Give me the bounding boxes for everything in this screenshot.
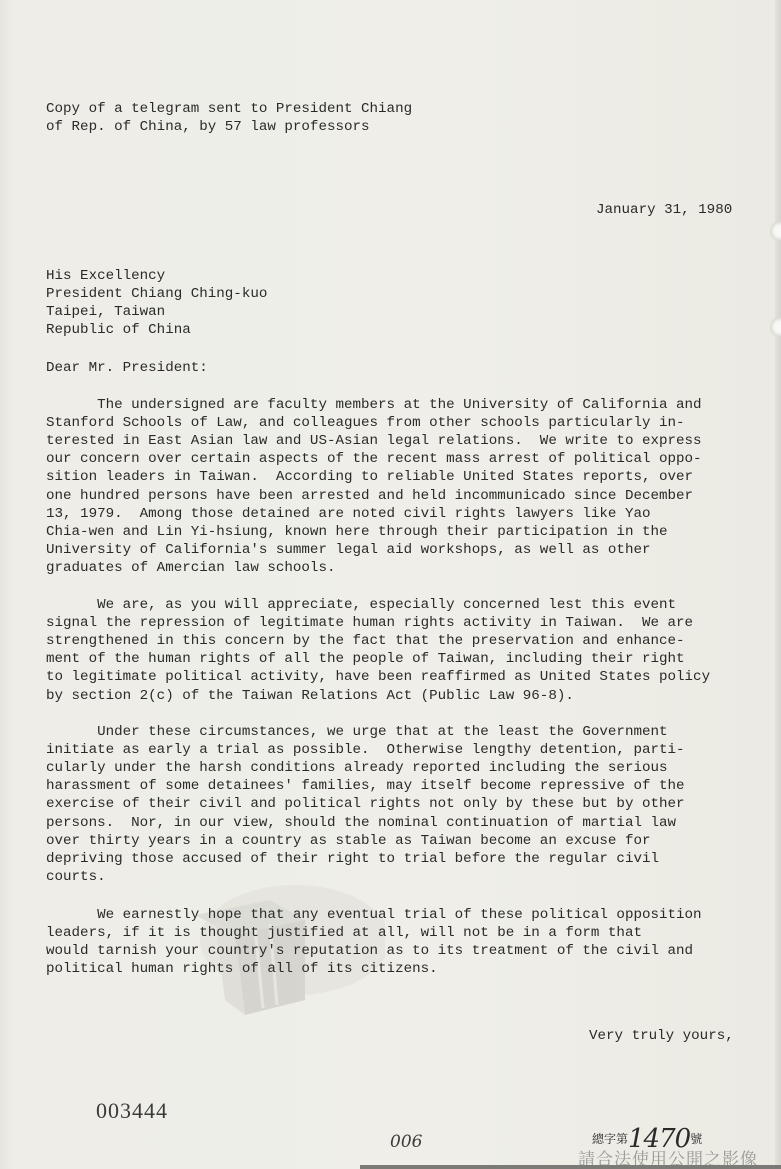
punch-hole <box>770 318 781 336</box>
paragraph-line: The undersigned are faculty members at t… <box>46 396 702 414</box>
paragraph-line: by section 2(c) of the Taiwan Relations … <box>46 687 574 705</box>
paragraph-line: strengthened in this concern by the fact… <box>46 632 685 650</box>
paragraph-line: depriving those accused of their right t… <box>46 850 659 868</box>
address-line: His Excellency <box>46 267 165 285</box>
header-note-line: Copy of a telegram sent to President Chi… <box>46 100 412 118</box>
paragraph-line: graduates of Amercian law schools. <box>46 559 335 577</box>
paragraph-line: Stanford Schools of Law, and colleagues … <box>46 414 685 432</box>
paragraph-line: ment of the human rights of all the peop… <box>46 650 685 668</box>
punch-hole <box>770 222 781 240</box>
paragraph-line: initiate as early a trial as possible. O… <box>46 741 685 759</box>
paragraph-line: University of California's summer legal … <box>46 541 651 559</box>
paragraph-line: sition leaders in Taiwan. According to r… <box>46 468 693 486</box>
paragraph-line: cularly under the harsh conditions alrea… <box>46 759 668 777</box>
scan-bottom-edge <box>360 1165 781 1169</box>
paragraph-line: We earnestly hope that any eventual tria… <box>46 906 702 924</box>
paragraph-line: political human rights of all of its cit… <box>46 960 438 978</box>
page-number: 006 <box>390 1132 422 1152</box>
paragraph-line: Chia-wen and Lin Yi-hsiung, known here t… <box>46 523 668 541</box>
paragraph-line: leaders, if it is thought justified at a… <box>46 924 642 942</box>
paragraph-line: over thirty years in a country as stable… <box>46 832 651 850</box>
paragraph-line: would tarnish your country's reputation … <box>46 942 693 960</box>
salutation: Dear Mr. President: <box>46 359 208 377</box>
paragraph-line: persons. Nor, in our view, should the no… <box>46 814 676 832</box>
paragraph-line: exercise of their civil and political ri… <box>46 795 685 813</box>
stamp-number: 003444 <box>96 1098 168 1124</box>
paragraph-line: to legitimate political activity, have b… <box>46 668 710 686</box>
letter-date: January 31, 1980 <box>596 201 732 219</box>
document-page: Copy of a telegram sent to President Chi… <box>0 0 781 1169</box>
address-line: President Chiang Ching-kuo <box>46 285 267 303</box>
paragraph-line: one hundred persons have been arrested a… <box>46 487 693 505</box>
archive-suffix: 號 <box>690 1132 702 1146</box>
paragraph-line: signal the repression of legitimate huma… <box>46 614 693 632</box>
paragraph-line: Under these circumstances, we urge that … <box>46 723 668 741</box>
paragraph-line: terested in East Asian law and US-Asian … <box>46 432 702 450</box>
paragraph-line: We are, as you will appreciate, especial… <box>46 596 676 614</box>
header-note-line: of Rep. of China, by 57 law professors <box>46 118 370 136</box>
paragraph-line: courts. <box>46 868 106 886</box>
address-line: Taipei, Taiwan <box>46 303 165 321</box>
page-right-edge <box>775 0 781 1169</box>
paragraph-line: harassment of some detainees' families, … <box>46 777 685 795</box>
paragraph-line: our concern over certain aspects of the … <box>46 450 702 468</box>
closing: Very truly yours, <box>589 1027 734 1045</box>
address-line: Republic of China <box>46 321 191 339</box>
paragraph-line: 13, 1979. Among those detained are noted… <box>46 505 651 523</box>
archive-prefix: 總字第 <box>592 1132 628 1146</box>
